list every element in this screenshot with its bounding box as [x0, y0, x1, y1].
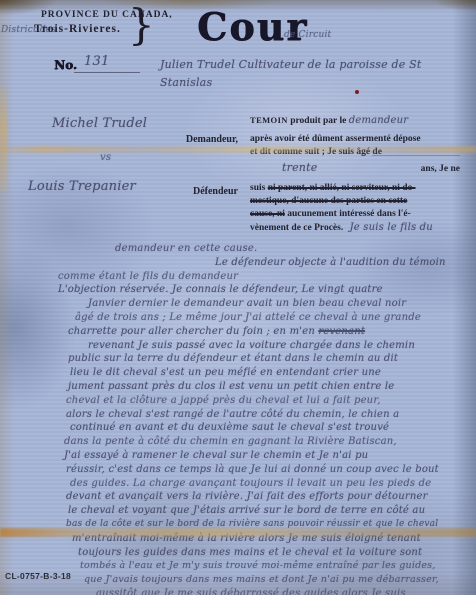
age-suffix: ans, Je ne — [421, 163, 460, 176]
plaintiff-label: Demandeur, — [150, 134, 238, 145]
deposition-line: charrette pour aller chercher du foin ; … — [68, 325, 476, 339]
deposition-line: toujours les guides dans mes mains et le… — [78, 546, 476, 560]
district-title: Trois-Rivieres. — [34, 23, 121, 35]
oath-line2: et dit comme suit ; Je suis âgé de — [250, 146, 464, 159]
case-number-underline — [74, 72, 140, 73]
case-number-value: 131 — [84, 54, 109, 69]
disclaimer-suffix2: vènement de ce Procès. — [250, 223, 343, 233]
deposition-line: comme étant le fils du demandeur — [58, 270, 476, 284]
brace-glyph: } — [128, 0, 155, 49]
deposition-line: public sur la terre du défendeur et étan… — [68, 352, 476, 366]
deposition-body: demandeur en cette cause. Le défendeur o… — [30, 242, 476, 595]
disclaimer-prefix: suis — [250, 183, 268, 193]
deposition-line: bas de la côte et sur le bord de la rivi… — [66, 518, 476, 532]
deposition-line: jument passant près du clos il est venu … — [68, 380, 476, 394]
disclaimer-suffix1: aucunement intéressé dans l'é- — [285, 209, 411, 219]
ink-spot — [355, 90, 359, 94]
catalog-number-label: CL-0757-B-3-18 — [5, 571, 71, 581]
temoin-label: Temoin — [250, 115, 288, 125]
deposition-line: lieu le dit cheval s'est un peu méfié en… — [70, 366, 476, 380]
defendant-label: Défendeur — [150, 186, 238, 197]
deposition-line: demandeur en cette cause. — [115, 242, 476, 256]
plaintiff-name: Michel Trudel — [52, 116, 147, 131]
court-subtitle-handwritten: de Circuit — [284, 30, 331, 40]
left-edge-stain — [0, 86, 7, 191]
deposition-line: Le défendeur objecte à l'audition du tém… — [215, 256, 476, 270]
deposition-line: tombés à l'eau et Je m'y suis trouvé moi… — [80, 559, 476, 573]
deposition-line: alors le cheval s'est rangé de l'autre c… — [66, 408, 476, 422]
deposition-line: J'ai essayé à ramener le cheval sur le c… — [64, 449, 476, 463]
witness-identity-line2: Stanislas — [160, 76, 212, 89]
deposition-line: aussitôt que Je me suis débarrassé des g… — [96, 587, 476, 595]
filiation-handwritten: Je suis le fils du — [350, 222, 433, 233]
deposition-line: m'entraînait moi-même à la rivière alors… — [72, 532, 476, 546]
deposition-line: devant et avançait vers la rivière. J'ai… — [66, 490, 476, 504]
deposition-line: cheval et la clôture a jappé près du che… — [66, 394, 476, 408]
court-title: Cour — [197, 4, 308, 49]
oath-line1: après avoir été dûment assermenté dépose — [250, 133, 464, 146]
age-handwritten: trente — [282, 161, 317, 174]
deposition-line: continué en avant et du deuxième saut le… — [70, 421, 476, 435]
deposition-line: le cheval et voyant que J'étais arrivé s… — [68, 504, 476, 518]
witness-identity-line1: Julien Trudel Cultivateur de la paroisse… — [160, 58, 422, 71]
defendant-name: Louis Trepanier — [28, 179, 136, 194]
deposition-line: réussir, c'est dans ce temps là que Je l… — [66, 463, 476, 477]
deposition-line: revenant Je suis passé avec la voiture c… — [88, 339, 476, 353]
printed-oath-block: Temoin produit par le demandeur après av… — [250, 114, 464, 235]
versus-mark: vs — [100, 152, 111, 163]
deposition-line: Janvier dernier le demandeur avait un bi… — [88, 297, 476, 311]
deposition-struck-word: revenant — [318, 326, 365, 337]
disclaimer-struck2: mestique, d'aucune des parties en cette — [250, 196, 407, 206]
temoin-party-handwritten: demandeur — [349, 115, 409, 126]
deposition-line-text: charrette pour aller chercher du foin ; … — [68, 326, 318, 337]
disclaimer-struck1: ni parent, ni allié, ni serviteur, ni do… — [268, 183, 416, 193]
blank-rule — [372, 155, 460, 156]
deposition-line: L'objection réservée. Je connais le défe… — [58, 283, 476, 297]
deposition-line: que J'avais toujours dans mes mains et d… — [84, 573, 476, 587]
disclaimer-struck3: cause, ni — [250, 209, 285, 219]
case-number-label: No. — [54, 58, 77, 72]
deposition-line: âgé de trois ans ; Le même jour J'ai att… — [75, 311, 476, 325]
temoin-text: produit par le — [288, 116, 349, 126]
document-page: PROVINCE DU CANADA, District des Trois-R… — [0, 0, 476, 595]
deposition-line: des guides. La charge avançant toujours … — [70, 477, 476, 491]
deposition-line: dans la pente à côté du chemin en gagnan… — [64, 435, 476, 449]
